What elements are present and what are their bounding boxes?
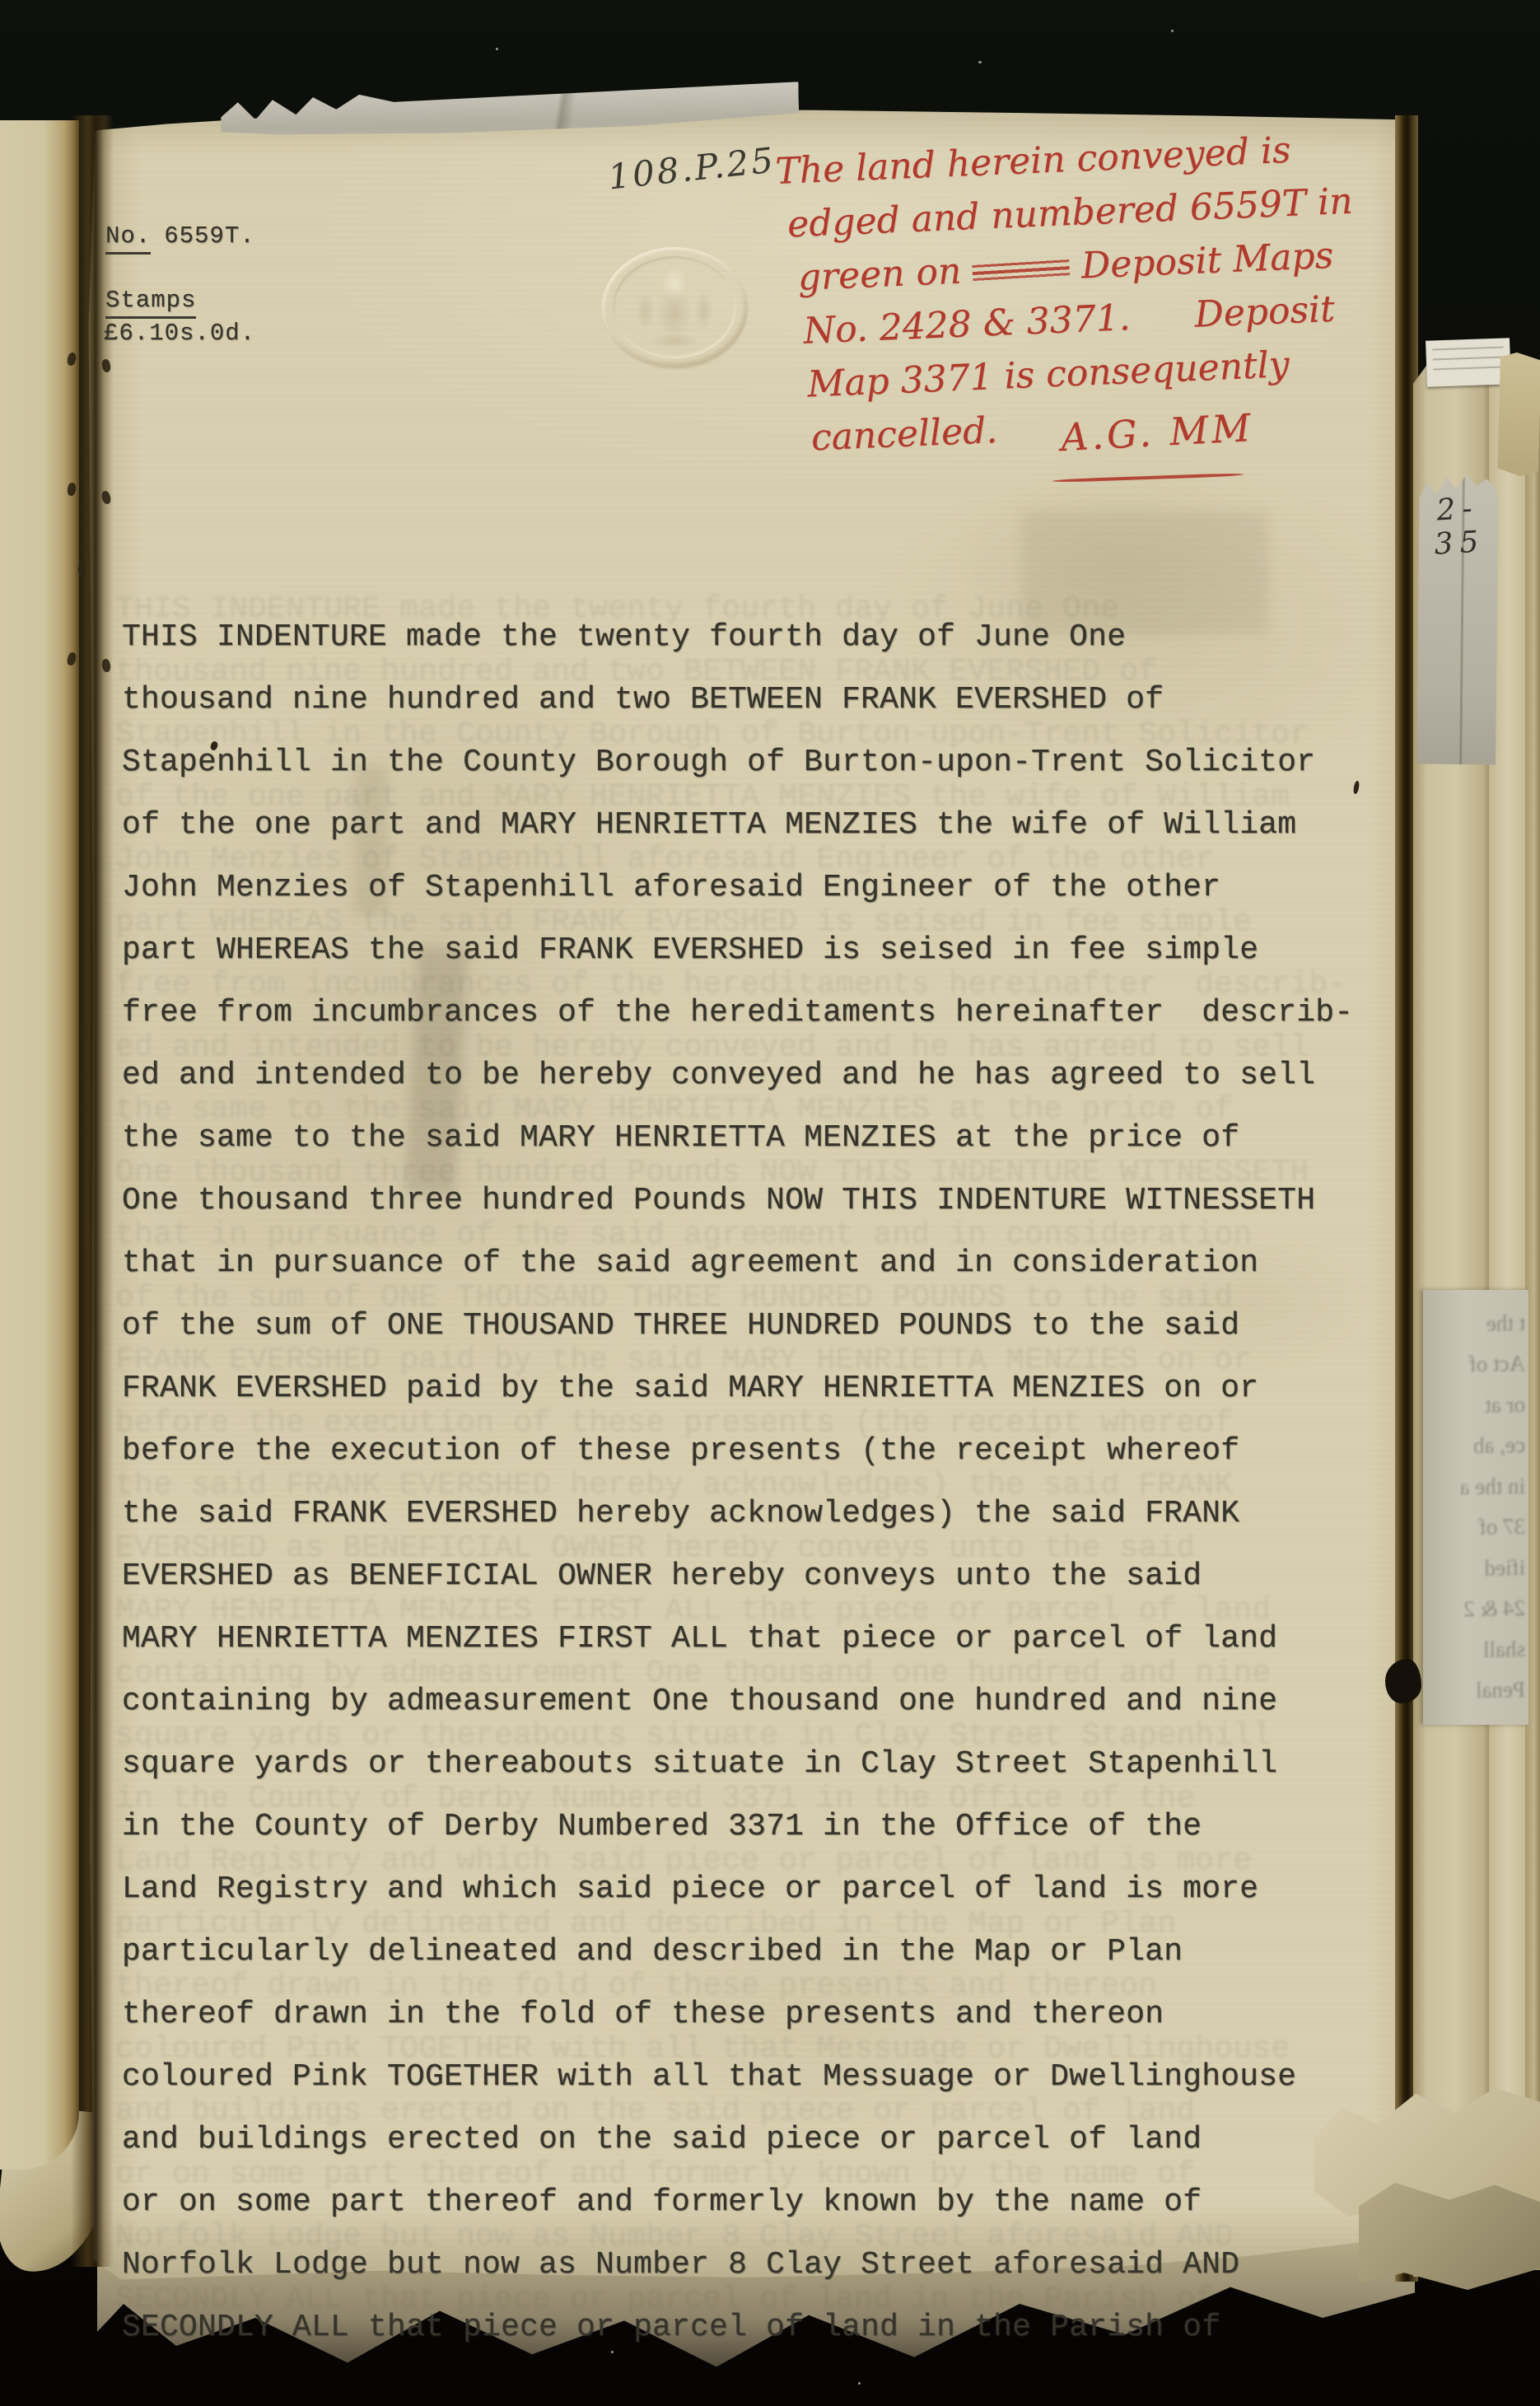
ink-blot [1385,1659,1421,1703]
typed-body: THIS INDENTURE made the twenty fourth da… [122,418,1374,2359]
dust-speck [611,2351,614,2353]
bleed-through-text: Act of [1426,1351,1526,1378]
typed-line: FRANK EVERSHED paid by the said MARY HEN… [122,1357,1374,1420]
typed-line: Norfolk Lodge but now as Number 8 Clay S… [122,2234,1374,2296]
coat-of-arms-relief [632,265,717,348]
facing-page-edge [0,120,79,2170]
document-number: No.6559T. [105,222,255,250]
dust-speck [1171,30,1174,32]
typed-line: Stapenhill in the County Borough of Burt… [122,731,1374,794]
typed-line: particularly delineated and described in… [122,1921,1374,1983]
side-tab: 2-35 [1416,474,1499,765]
document-number-value: 6559T. [164,222,254,250]
typed-line: the said FRANK EVERSHED hereby acknowled… [122,1483,1374,1545]
embossed-seal [602,247,747,367]
bleed-through-text: 24 & 2 [1426,1595,1526,1623]
typed-line: MARY HENRIETTA MENZIES FIRST ALL that pi… [122,1608,1374,1670]
bleed-through-text: or at [1426,1392,1526,1419]
red-note-text: Deposit Maps [1080,235,1334,287]
typed-line: before the execution of these presents (… [122,1420,1374,1483]
typed-line: THIS INDENTURE made the twenty fourth da… [122,606,1374,669]
typed-line: coloured Pink TOGETHER with all that Mes… [122,2046,1374,2109]
dust-speck [858,2382,861,2385]
spacer [1131,327,1195,329]
bleed-through-text: Penal [1426,1677,1526,1704]
typed-line: square yards or thereabouts situate in C… [122,1733,1374,1796]
typed-line: SECONDLY ALL that piece or parcel of lan… [122,2296,1374,2359]
typed-line: of the one part and MARY HENRIETTA MENZI… [122,794,1374,857]
stamps-label: Stamps [105,287,196,319]
bleed-through-text: ified [1426,1555,1526,1582]
typed-line: John Menzies of Stapenhill aforesaid Eng… [122,857,1374,919]
typed-line: that in pursuance of the said agreement … [122,1232,1374,1295]
typed-line: the same to the said MARY HENRIETTA MENZ… [122,1107,1374,1170]
printed-paper-scrap [1426,338,1511,387]
typed-line: of the sum of ONE THOUSAND THREE HUNDRED… [122,1295,1374,1357]
typed-line: containing by admeasurement One thousand… [122,1670,1374,1733]
bleed-through-strip: t theAct ofor atce, abin the a37 ofified… [1423,1290,1528,1725]
red-note-text: Deposit [1193,288,1335,336]
typed-line: in the County of Derby Numbered 3371 in … [122,1796,1374,1858]
typed-line: thereof drawn in the fold of these prese… [122,1983,1374,2046]
typed-line: One thousand three hundred Pounds NOW TH… [122,1170,1374,1232]
typed-line: part WHEREAS the said FRANK EVERSHED is … [122,919,1374,982]
dust-speck [978,61,982,63]
typed-line: thousand nine hundred and two BETWEEN FR… [122,669,1374,731]
bleed-through-text: shall [1426,1636,1526,1663]
typed-line: EVERSHED as BENEFICIAL OWNER hereby conv… [122,1545,1374,1608]
typed-line: or on some part thereof and formerly kno… [122,2171,1374,2234]
scanned-document-photo: 2-35 t theAct ofor atce, abin the a37 of… [0,0,1540,2406]
red-note-text: No. 2428 & 3371. [803,297,1132,353]
typed-line: free from incumbrances of the hereditame… [122,982,1374,1044]
document-number-label: No. [105,222,151,255]
bleed-through-text: 37 of [1426,1514,1526,1541]
bleed-through-text: t the [1426,1310,1526,1338]
typed-line: ed and intended to be hereby conveyed an… [122,1044,1374,1107]
stamps-value: £6.10s.0d. [104,320,255,347]
bleed-through-text: ce, ab [1426,1432,1526,1460]
typed-line: and buildings erected on the said piece … [122,2109,1374,2171]
struck-word-scribble [972,255,1071,285]
bleed-through-text: in the a [1426,1474,1526,1501]
side-tab-ref: 2-35 [1421,490,1497,562]
torn-paper-scrap [1497,352,1540,476]
dust-speck [496,48,498,50]
typed-line: Land Registry and which said piece or pa… [122,1858,1374,1921]
red-note-text: green on [797,250,962,299]
